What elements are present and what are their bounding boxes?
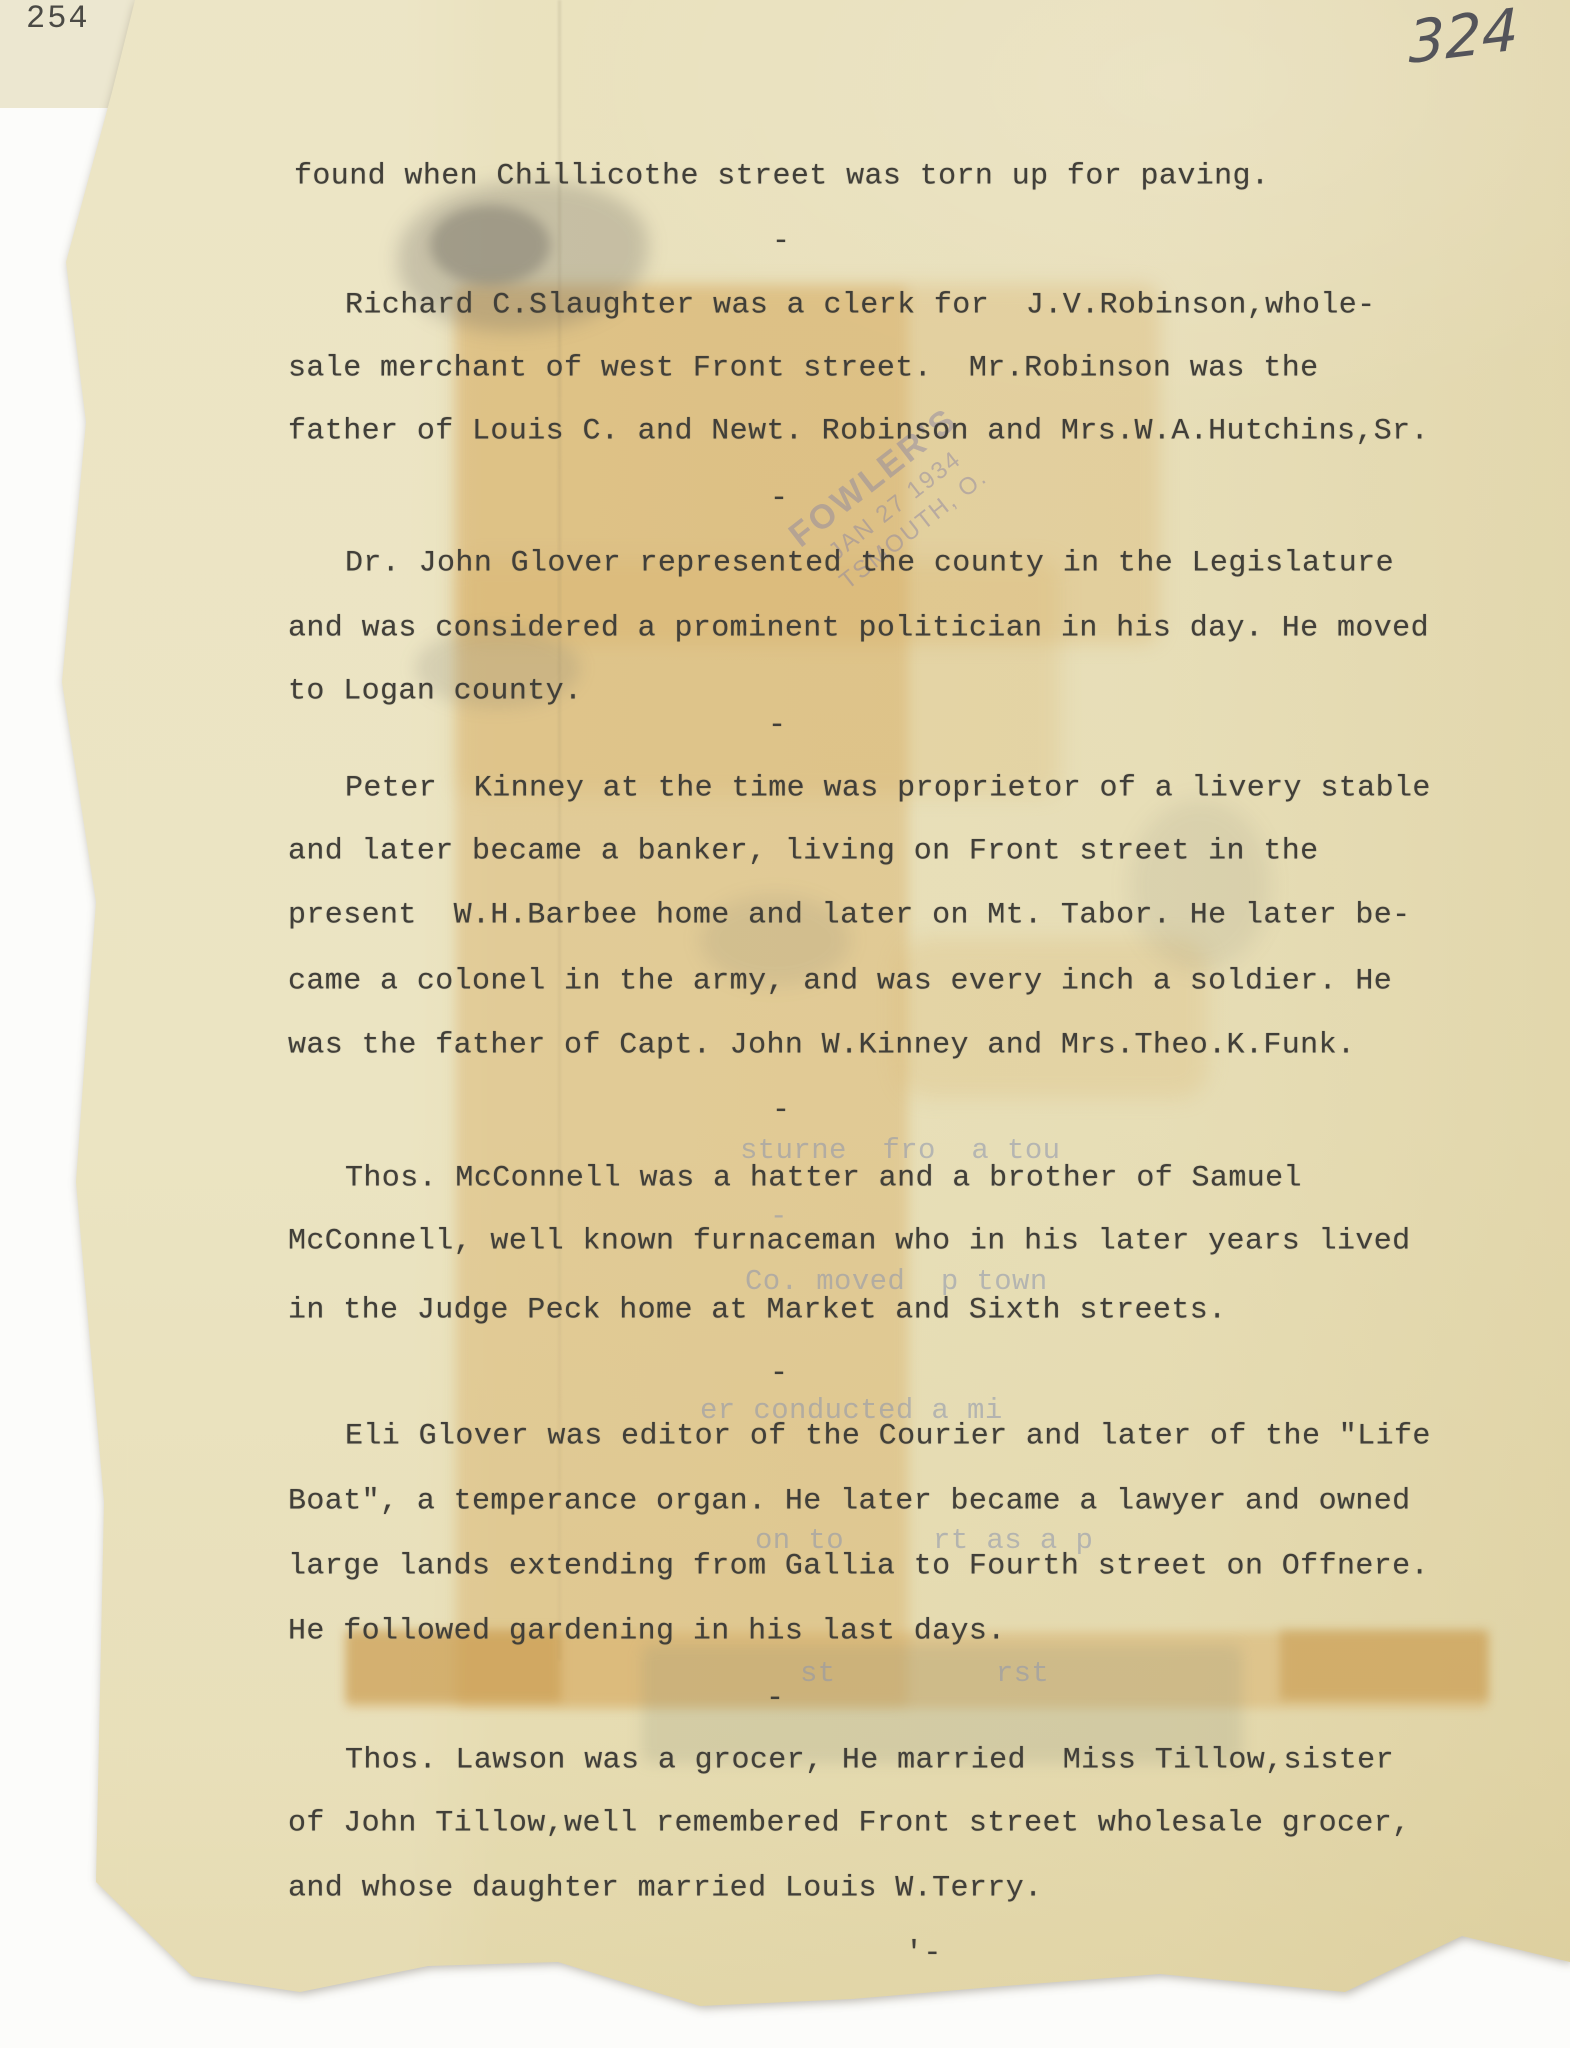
separator-dash: - bbox=[768, 708, 786, 742]
typewriter-line: and whose daughter married Louis W.Terry… bbox=[288, 1871, 1043, 1905]
typewriter-line: was the father of Capt. John W.Kinney an… bbox=[288, 1028, 1355, 1062]
tape-stain-bump bbox=[898, 938, 1208, 1098]
typewriter-line: of John Tillow,well remembered Front str… bbox=[288, 1806, 1411, 1840]
typewriter-line: Thos. McConnell was a hatter and a broth… bbox=[345, 1161, 1302, 1195]
ink-smudge bbox=[430, 205, 550, 285]
paper-sheet: FOWLER'S JAN 27 1934 TSMOUTH, O. sturne … bbox=[0, 0, 1570, 2048]
typewriter-line: father of Louis C. and Newt. Robinson an… bbox=[288, 414, 1429, 448]
ghost-line: st rst bbox=[800, 1657, 1049, 1690]
typewriter-line: sale merchant of west Front street. Mr.R… bbox=[288, 351, 1319, 385]
typewriter-line: He followed gardening in his last days. bbox=[288, 1614, 1006, 1648]
separator-dash: - bbox=[772, 1093, 790, 1127]
separator-dash: '- bbox=[905, 1936, 942, 1970]
ink-smudge bbox=[1130, 800, 1270, 970]
handwritten-page-number: 324 bbox=[1408, 0, 1519, 77]
typed-page-number: 254 bbox=[26, 0, 90, 37]
typewriter-line: Eli Glover was editor of the Courier and… bbox=[345, 1419, 1431, 1453]
typewriter-line: Peter Kinney at the time was proprietor … bbox=[345, 771, 1431, 805]
paper-sheet-wrap: FOWLER'S JAN 27 1934 TSMOUTH, O. sturne … bbox=[0, 0, 1570, 2048]
separator-dash: - bbox=[766, 1681, 784, 1715]
typewriter-line: large lands extending from Gallia to Fou… bbox=[288, 1549, 1429, 1583]
typewriter-line: and was considered a prominent politicia… bbox=[288, 611, 1429, 645]
paper-crease bbox=[558, 0, 561, 1660]
typewriter-line: in the Judge Peck home at Market and Six… bbox=[288, 1293, 1227, 1327]
typewriter-line: found when Chillicothe street was torn u… bbox=[294, 159, 1269, 193]
typewriter-line: Dr. John Glover represented the county i… bbox=[345, 546, 1394, 580]
typewriter-line: present W.H.Barbee home and later on Mt.… bbox=[288, 898, 1411, 932]
typewriter-line: came a colonel in the army, and was ever… bbox=[288, 964, 1392, 998]
typewriter-line: Boat", a temperance organ. He later beca… bbox=[288, 1484, 1411, 1518]
separator-dash: - bbox=[770, 1356, 788, 1390]
typewriter-line: to Logan county. bbox=[288, 674, 582, 708]
typewriter-line: and later became a banker, living on Fro… bbox=[288, 834, 1319, 868]
typewriter-line: Thos. Lawson was a grocer, He married Mi… bbox=[345, 1743, 1394, 1777]
separator-dash: - bbox=[770, 481, 788, 515]
separator-dash: - bbox=[772, 224, 790, 258]
typewriter-line: Richard C.Slaughter was a clerk for J.V.… bbox=[345, 288, 1376, 322]
typewriter-line: McConnell, well known furnaceman who in … bbox=[288, 1224, 1411, 1258]
tape-stain-bottom-right bbox=[1280, 1630, 1488, 1700]
scanned-document-page: FOWLER'S JAN 27 1934 TSMOUTH, O. sturne … bbox=[0, 0, 1570, 2048]
